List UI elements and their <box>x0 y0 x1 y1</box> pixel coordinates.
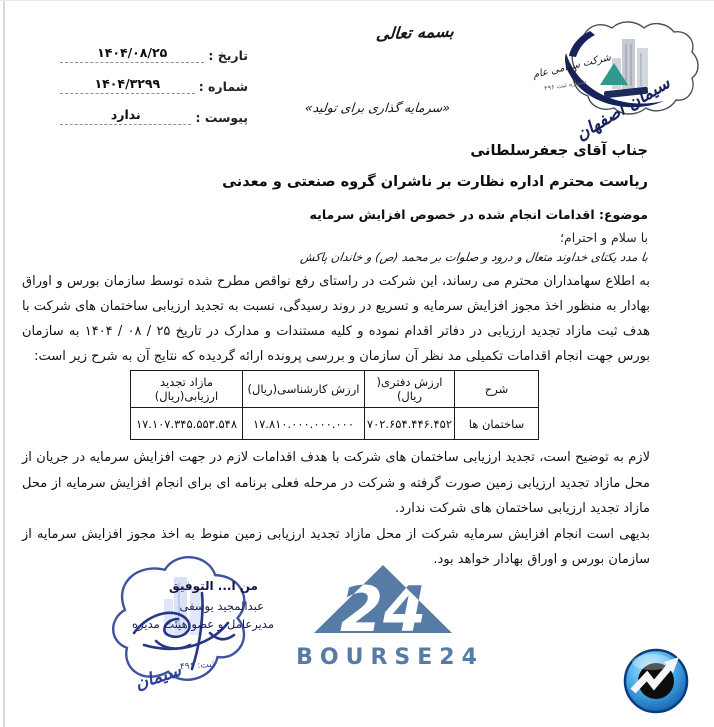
recipient-block: جناب آقای جعفرسلطانی ریاست محترم اداره ن… <box>40 136 648 198</box>
attachment-label: پیوست : <box>191 110 248 125</box>
header-book-value: ارزش دفتری( ریال) <box>365 371 455 408</box>
slogan-calligraphy: «سرمایه گذاری برای تولید» <box>294 100 460 115</box>
signatory-name: عبدالمجید یوسفی <box>180 599 264 613</box>
date-value: ۱۴۰۴/۰۸/۲۵ <box>60 45 204 63</box>
bourse24-wordmark: BOURSE24 <box>290 645 490 670</box>
date-label: تاریخ : <box>204 48 248 63</box>
meta-number-row: شماره : ۱۴۰۴/۳۲۹۹ <box>60 76 248 94</box>
letter-meta-block: تاریخ : ۱۴۰۴/۰۸/۲۵ شماره : ۱۴۰۴/۳۲۹۹ پیو… <box>60 45 248 138</box>
company-logo: سیمان اصفهان شرکت سهامی عام شماره ثبت ۴۹… <box>538 11 710 129</box>
company-stamp-icon: سیمان <box>86 549 276 727</box>
cell-appraised-value: ۱۷.۸۱۰.۰۰۰.۰۰۰.۰۰۰ <box>243 408 365 440</box>
bourse24-triangle-icon: 24 24 <box>290 561 490 641</box>
cell-book-value: ۷۰۲.۶۵۴.۴۴۶.۴۵۲ <box>365 408 455 440</box>
salutation-line: با سلام و احترام؛ <box>40 230 648 245</box>
page-left-edge <box>3 1 5 727</box>
table-row: ساختمان ها ۷۰۲.۶۵۴.۴۴۶.۴۵۲ ۱۷.۸۱۰.۰۰۰.۰۰… <box>131 408 539 440</box>
body-paragraph-2: لازم به توضیح است، تجدید ارزیابی ساختمان… <box>22 445 650 522</box>
header-description: شرح <box>455 371 539 408</box>
valuation-table: شرح ارزش دفتری( ریال) ارزش کارشناسی(ریال… <box>130 370 539 440</box>
bourse24-watermark: 24 24 BOURSE24 <box>290 561 490 671</box>
number-value: ۱۴۰۴/۳۲۹۹ <box>60 76 195 94</box>
table-header-row: شرح ارزش دفتری( ریال) ارزش کارشناسی(ریال… <box>131 371 539 408</box>
subject-line: موضوع: اقدامات انجام شده در خصوص افزایش … <box>40 207 648 222</box>
bismillah-calligraphy: بسمه تعالی <box>324 20 506 45</box>
stamp-company-script: سیمان <box>133 661 184 695</box>
attachment-value: ندارد <box>60 107 191 125</box>
meta-attachment-row: پیوست : ندارد <box>60 107 248 125</box>
body-paragraph-1: به اطلاع سهامداران محترم می رساند، این ش… <box>22 269 650 369</box>
scanned-letter-page: بسمه تعالی تاریخ : ۱۴۰۴/۰۸/۲۵ شماره : ۱۴… <box>0 0 714 727</box>
signature-blessing: من ا... التوفیق <box>169 579 258 593</box>
header-appraised-value: ارزش کارشناسی(ریال) <box>243 371 365 408</box>
meta-date-row: تاریخ : ۱۴۰۴/۰۸/۲۵ <box>60 45 248 63</box>
signatory-title: مدیرعامل و عضو هیئت مدیره <box>132 617 274 631</box>
cell-revaluation-surplus: ۱۷.۱۰۷.۳۴۵.۵۵۳.۵۴۸ <box>131 408 243 440</box>
number-label: شماره : <box>195 79 248 94</box>
invocation-calligraphy: با مدد یکتای خداوند متعال و درود و صلوات… <box>39 250 649 264</box>
signature-block: سیمان من ا... التوفیق عبدالمجید یوسفی مد… <box>86 549 276 727</box>
cell-description: ساختمان ها <box>455 408 539 440</box>
recipient-title: ریاست محترم اداره نظارت بر ناشران گروه ص… <box>40 167 648 198</box>
recipient-name: جناب آقای جعفرسلطانی <box>40 136 648 167</box>
header-revaluation-surplus: مازاد تجدید ارزیابی(ریال) <box>131 371 243 408</box>
stock-arrow-icon <box>620 645 692 717</box>
stock-arrow-app-icon <box>620 645 692 717</box>
